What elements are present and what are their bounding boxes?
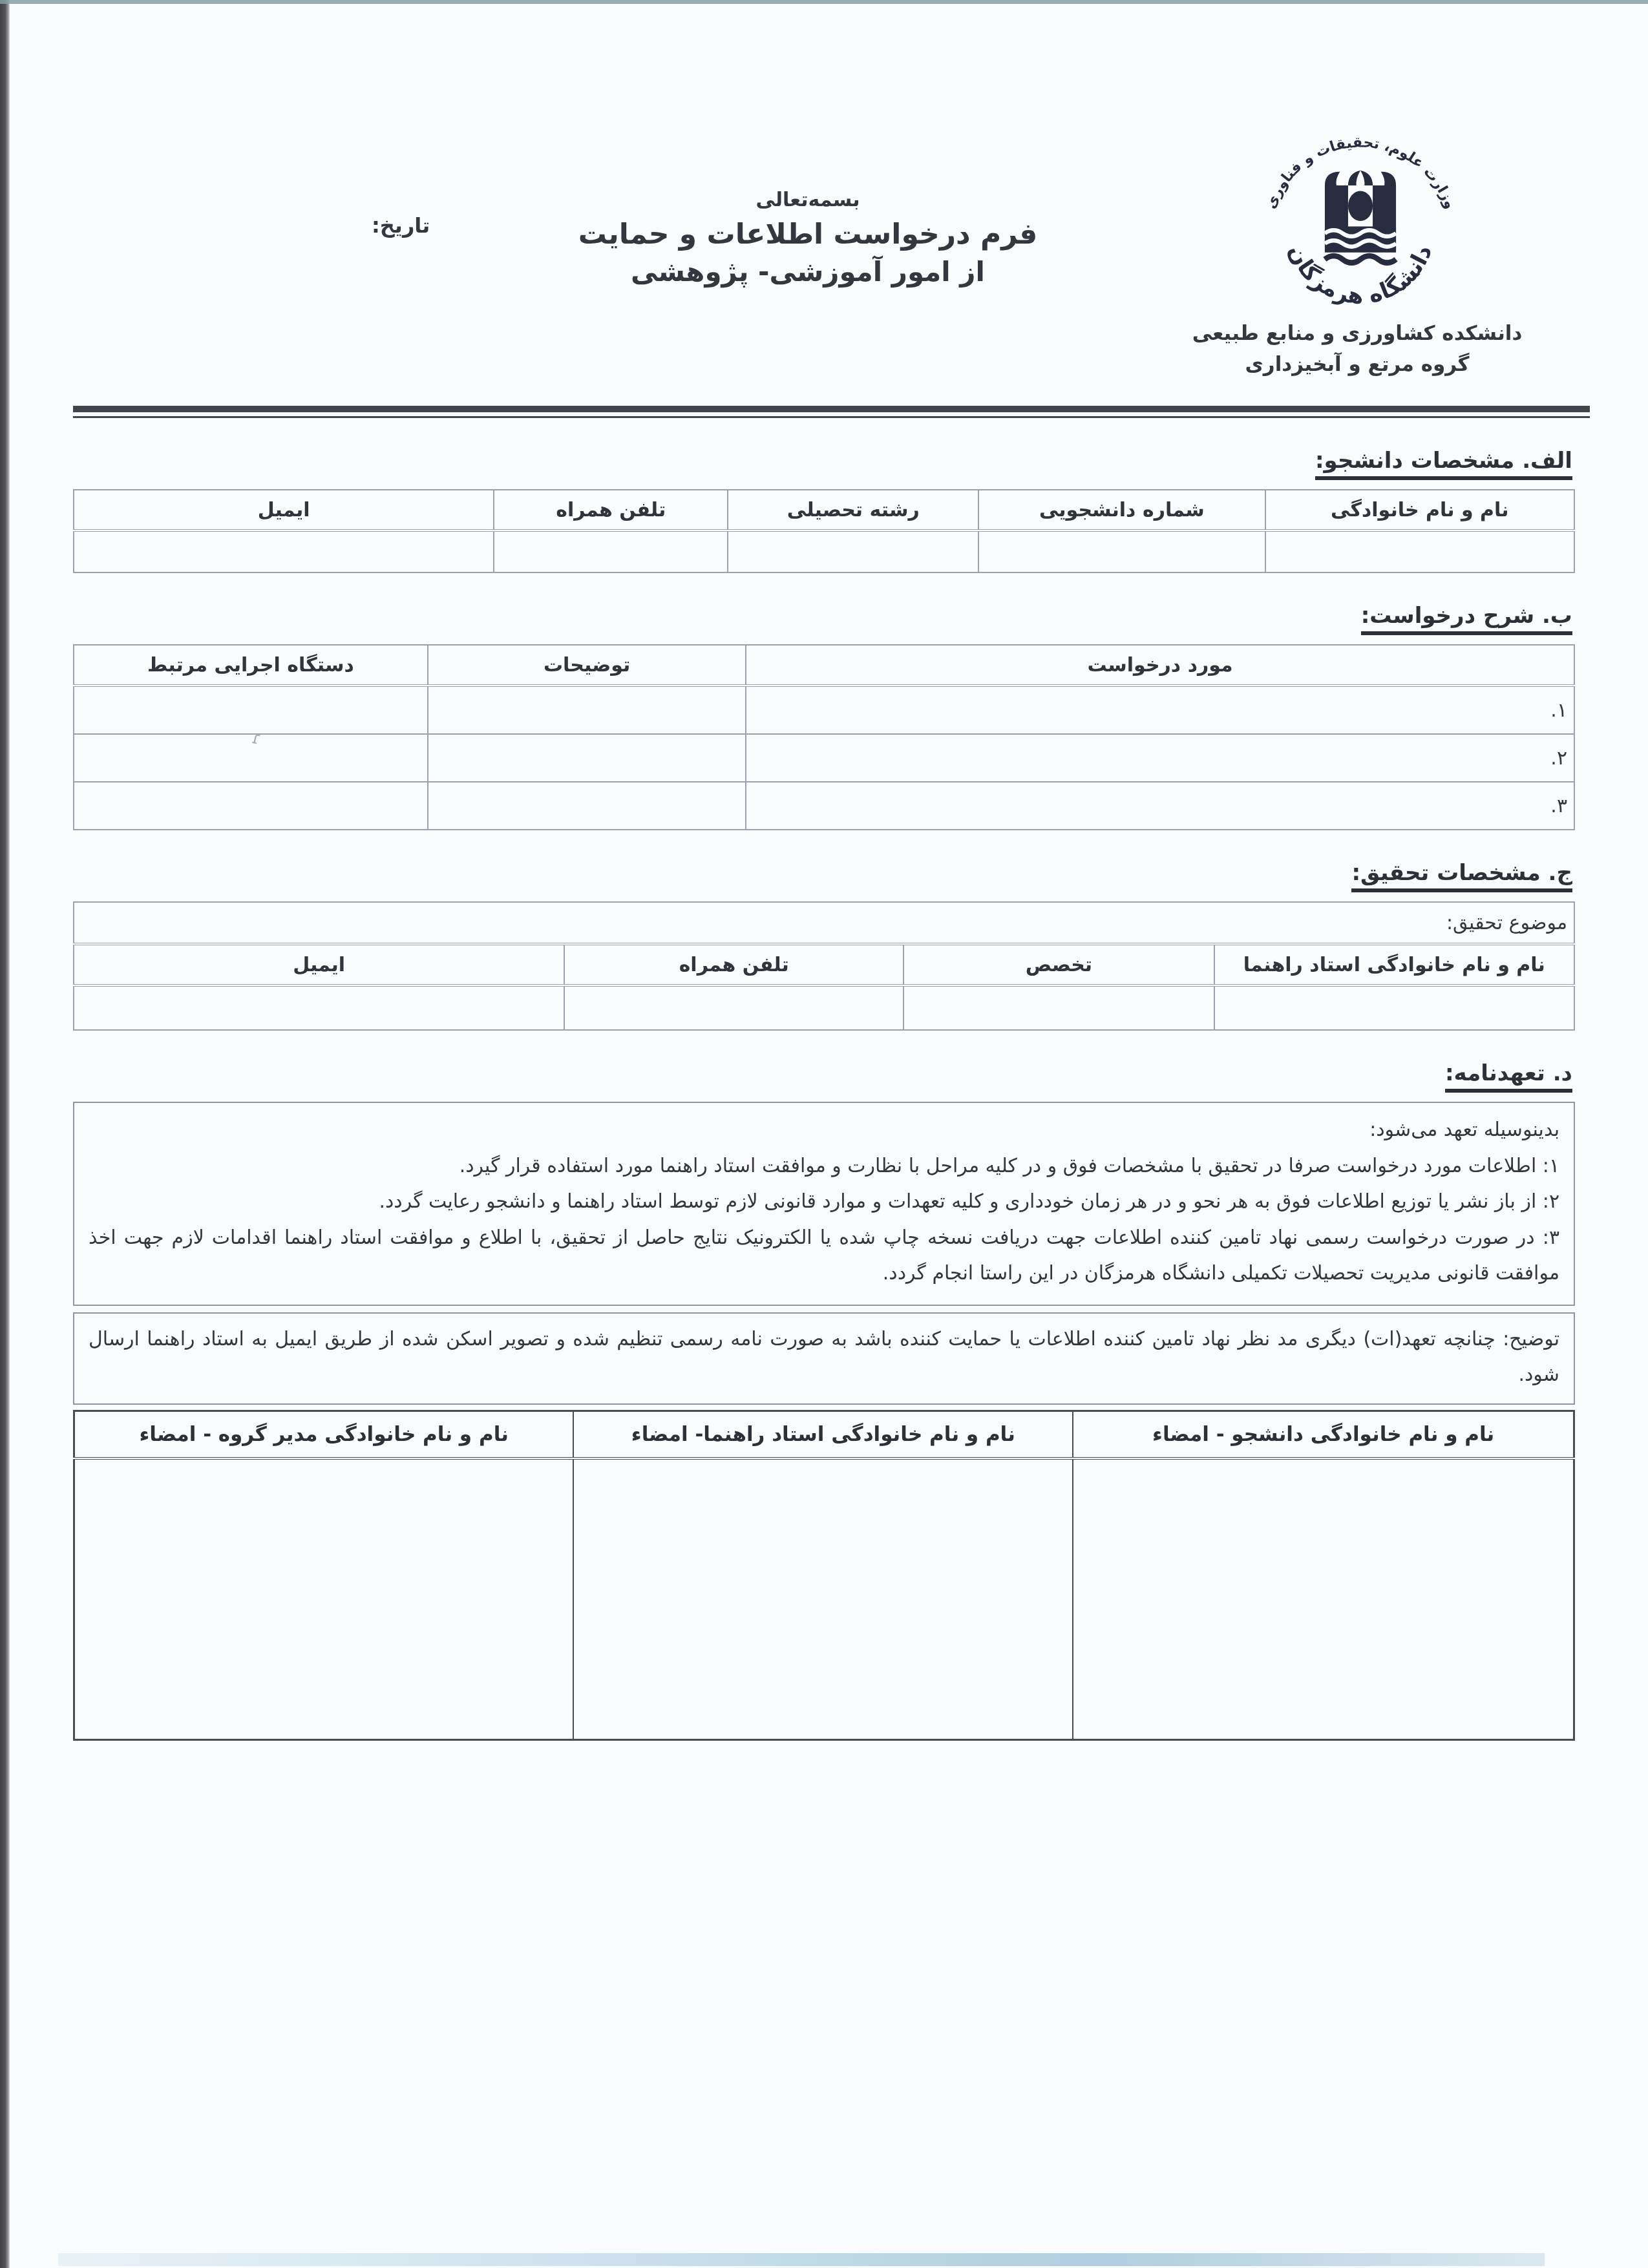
- fill-cell-email: [74, 530, 494, 572]
- divider-thick-line: [73, 406, 1590, 412]
- column-header-explanations: توضیحات: [428, 645, 746, 686]
- column-header-executive-agency: دستگاه اجرایی مرتبط: [74, 645, 428, 686]
- signature-cell-supervisor: [573, 1458, 1073, 1740]
- research-info-table: موضوع تحقیق: نام و نام خانوادگی استاد را…: [73, 901, 1575, 1031]
- form-title-block: بسمه‌تعالی فرم درخواست اطلاعات و حمایت ا…: [556, 189, 1060, 290]
- column-header-mobile: تلفن همراه: [494, 490, 728, 530]
- divider-thin-line: [73, 416, 1590, 418]
- pledge-clause-2: ۲: از باز نشر یا توزیع اطلاعات فوق به هر…: [89, 1184, 1559, 1220]
- row-number-cell: ۳.: [746, 782, 1574, 830]
- fill-cell-fullname: [1265, 530, 1574, 572]
- university-logo: وزارت علوم، تحقیقات و فناوری دانشگاه هرم…: [1244, 120, 1477, 346]
- fill-cell-mobile: [494, 530, 728, 572]
- column-header-student-number: شماره دانشجویی: [978, 490, 1265, 530]
- column-header-specialty: تخصص: [903, 944, 1214, 985]
- table-row: [74, 1458, 1574, 1740]
- date-label: تاریخ:: [372, 213, 430, 238]
- column-header-email: ایمیل: [74, 944, 564, 985]
- row-number-cell: ۲.: [746, 734, 1574, 782]
- table-header-row: نام و نام خانوادگی استاد راهنما تخصص تلف…: [74, 944, 1574, 985]
- signature-cell-student: [1073, 1458, 1574, 1740]
- fill-cell-student-number: [978, 530, 1265, 572]
- pledge-box: بدینوسیله تعهد می‌شود: ۱: اطلاعات مورد د…: [73, 1102, 1575, 1306]
- request-description-table: مورد درخواست توضیحات دستگاه اجرایی مرتبط…: [73, 644, 1575, 830]
- scanned-form-page: تاریخ: بسمه‌تعالی فرم درخواست اطلاعات و …: [0, 0, 1648, 2268]
- fill-cell-executive-agency: [74, 782, 428, 830]
- table-row: ۱.: [74, 686, 1574, 734]
- scan-edge-top: [0, 0, 1648, 4]
- section-b-heading: ب. شرح درخواست:: [1361, 603, 1572, 635]
- faculty-block: دانشکده کشاورزی و منابع طبیعی گروه مرتع …: [1189, 318, 1525, 380]
- research-subject-row: موضوع تحقیق:: [74, 902, 1574, 944]
- explanation-note: توضیح: چنانچه تعهد(ات) دیگری مد نظر نهاد…: [89, 1321, 1559, 1393]
- fill-cell-executive-agency: [74, 686, 428, 734]
- column-header-fullname: نام و نام خانوادگی: [1265, 490, 1574, 530]
- column-header-mobile: تلفن همراه: [564, 944, 903, 985]
- section-d-heading: د. تعهدنامه:: [1445, 1060, 1572, 1093]
- form-title-line2: از امور آموزشی- پژوهشی: [556, 255, 1060, 290]
- signature-cell-department-head: [74, 1458, 574, 1740]
- column-header-email: ایمیل: [74, 490, 494, 530]
- university-logo-svg: وزارت علوم، تحقیقات و فناوری دانشگاه هرم…: [1244, 120, 1477, 346]
- form-body: الف. مشخصات دانشجو: نام و نام خانوادگی ش…: [73, 448, 1575, 1741]
- explanation-note-box: توضیح: چنانچه تعهد(ات) دیگری مد نظر نهاد…: [73, 1312, 1575, 1405]
- scan-edge-bottom: [58, 2253, 1545, 2266]
- column-header-supervisor-signature: نام و نام خانوادگی استاد راهنما- امضاء: [573, 1411, 1073, 1458]
- fill-cell-supervisor-fullname: [1214, 985, 1574, 1030]
- table-row: [74, 985, 1574, 1030]
- header-divider: [73, 406, 1590, 418]
- form-title-line1: فرم درخواست اطلاعات و حمایت: [556, 216, 1060, 252]
- fill-cell-email: [74, 985, 564, 1030]
- table-header-row: مورد درخواست توضیحات دستگاه اجرایی مرتبط: [74, 645, 1574, 686]
- table-header-row: نام و نام خانوادگی شماره دانشجویی رشته ت…: [74, 490, 1574, 530]
- table-row: ۲.: [74, 734, 1574, 782]
- column-header-department-head-signature: نام و نام خانوادگی مدیر گروه - امضاء: [74, 1411, 574, 1458]
- pledge-intro: بدینوسیله تعهد می‌شود:: [89, 1112, 1559, 1148]
- section-a-heading: الف. مشخصات دانشجو:: [1315, 448, 1572, 480]
- column-header-student-signature: نام و نام خانوادگی دانشجو - امضاء: [1073, 1411, 1574, 1458]
- pledge-clause-3: ۳: در صورت درخواست رسمی نهاد تامین کننده…: [89, 1220, 1559, 1292]
- fill-cell-mobile: [564, 985, 903, 1030]
- faculty-name: دانشکده کشاورزی و منابع طبیعی: [1189, 318, 1525, 349]
- scan-edge-left: [0, 0, 10, 2268]
- fill-cell-field-of-study: [728, 530, 978, 572]
- fill-cell-specialty: [903, 985, 1214, 1030]
- table-row: ۳.: [74, 782, 1574, 830]
- pledge-clause-1: ۱: اطلاعات مورد درخواست صرفا در تحقیق با…: [89, 1148, 1559, 1184]
- fill-cell-explanations: [428, 686, 746, 734]
- section-c-heading: ج. مشخصات تحقیق:: [1351, 860, 1572, 892]
- column-header-field-of-study: رشته تحصیلی: [728, 490, 978, 530]
- column-header-request-item: مورد درخواست: [746, 645, 1574, 686]
- research-subject-label: موضوع تحقیق:: [74, 902, 1574, 944]
- bismillah-text: بسمه‌تعالی: [556, 189, 1060, 211]
- department-name: گروه مرتع و آبخیزداری: [1189, 349, 1525, 380]
- row-number-cell: ۱.: [746, 686, 1574, 734]
- column-header-supervisor-fullname: نام و نام خانوادگی استاد راهنما: [1214, 944, 1574, 985]
- signatures-table: نام و نام خانوادگی دانشجو - امضاء نام و …: [73, 1410, 1575, 1741]
- wave-line-icon: [1325, 256, 1396, 263]
- student-info-table: نام و نام خانوادگی شماره دانشجویی رشته ت…: [73, 489, 1575, 573]
- fill-cell-explanations: [428, 782, 746, 830]
- fill-cell-explanations: [428, 734, 746, 782]
- table-header-row: نام و نام خانوادگی دانشجو - امضاء نام و …: [74, 1411, 1574, 1458]
- table-row: [74, 530, 1574, 572]
